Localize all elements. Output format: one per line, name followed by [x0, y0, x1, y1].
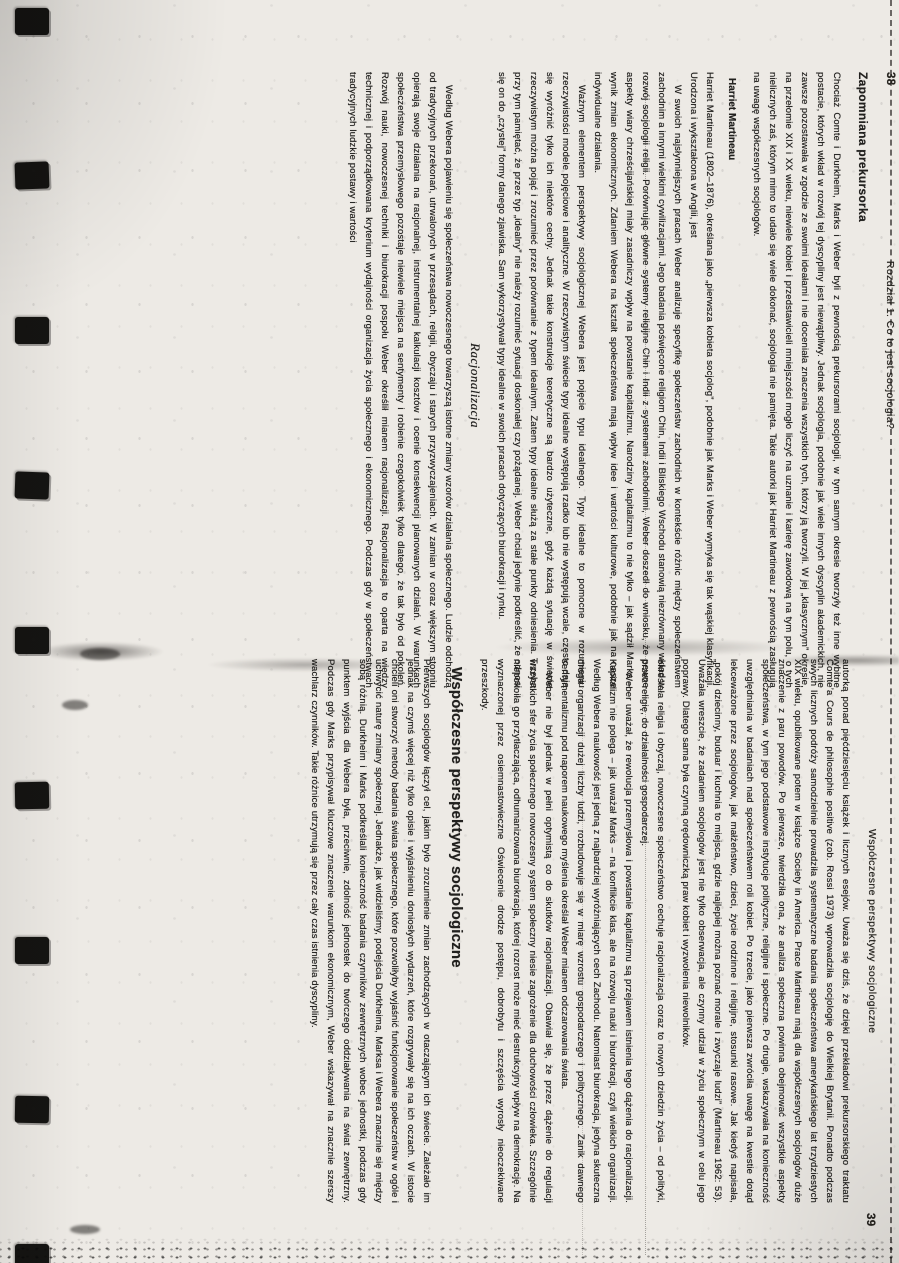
box-label-harriet-martineau: Harriet Martineau — [723, 78, 739, 688]
page-38: 38 Rozdział 1. Co to jest socjologia? Za… — [55, 0, 899, 688]
punch-hole — [15, 161, 50, 189]
page-number-39: 39 — [864, 1213, 876, 1227]
paragraph-okreslala: określała religia i obyczaj, nowoczesne … — [636, 659, 668, 1203]
paragraph-wedlug-webera: Według Webera pojawieniu się społeczeńst… — [344, 72, 456, 688]
page-number-38: 38 — [884, 72, 896, 86]
running-head-38: 38 Rozdział 1. Co to jest socjologia? — [884, 72, 896, 688]
paragraph-pierwszych: Pierwszych socjologów łączył cel, jakim … — [306, 659, 434, 1203]
page-39: Współczesne perspektywy socjologiczne 39… — [55, 633, 896, 1255]
punch-hole — [15, 1244, 49, 1263]
paragraph-weber-nie-byl: Weber nie był jednak w pełni optymistą c… — [476, 659, 556, 1203]
running-head-title: Współczesne perspektywy socjologiczne — [866, 829, 878, 1033]
box-paragraph-continuation: autorką ponad pięćdziesięciu książek i l… — [677, 659, 853, 1203]
section-heading-zapomniana: Zapomniana prekursorka — [854, 72, 871, 688]
paragraph-w-swoich: W swoich najsłynniejszych pracach Weber … — [589, 72, 685, 688]
punch-hole — [15, 1096, 49, 1124]
punch-hole — [15, 782, 49, 810]
punch-hole — [15, 627, 49, 654]
running-head-39: Współczesne perspektywy socjologiczne 39 — [866, 659, 878, 1203]
running-head-title: Rozdział 1. Co to jest socjologia? — [884, 261, 896, 429]
punch-hole — [15, 937, 49, 964]
punch-hole — [15, 317, 49, 344]
paragraph-typy-idealne: Ważnym elementem perspektywy socjologicz… — [493, 72, 589, 688]
punch-hole — [15, 471, 50, 499]
section-heading-wspolczesne: Współczesne perspektywy socjologiczne — [446, 667, 466, 1203]
box-paragraph-start: Harriet Martineau (1802–1876), określana… — [685, 72, 717, 688]
book-scan: 38 Rozdział 1. Co to jest socjologia? Za… — [0, 0, 899, 1263]
paragraph-chociaz: Chociaż Comte i Durkheim, Marks i Weber … — [748, 72, 844, 688]
subsection-heading-racjonalizacja: Racjonalizacja — [467, 82, 484, 688]
paragraph-weber-uwazal: Weber uważał, że rewolucja przemysłowa i… — [556, 659, 636, 1203]
punch-hole — [15, 8, 49, 35]
